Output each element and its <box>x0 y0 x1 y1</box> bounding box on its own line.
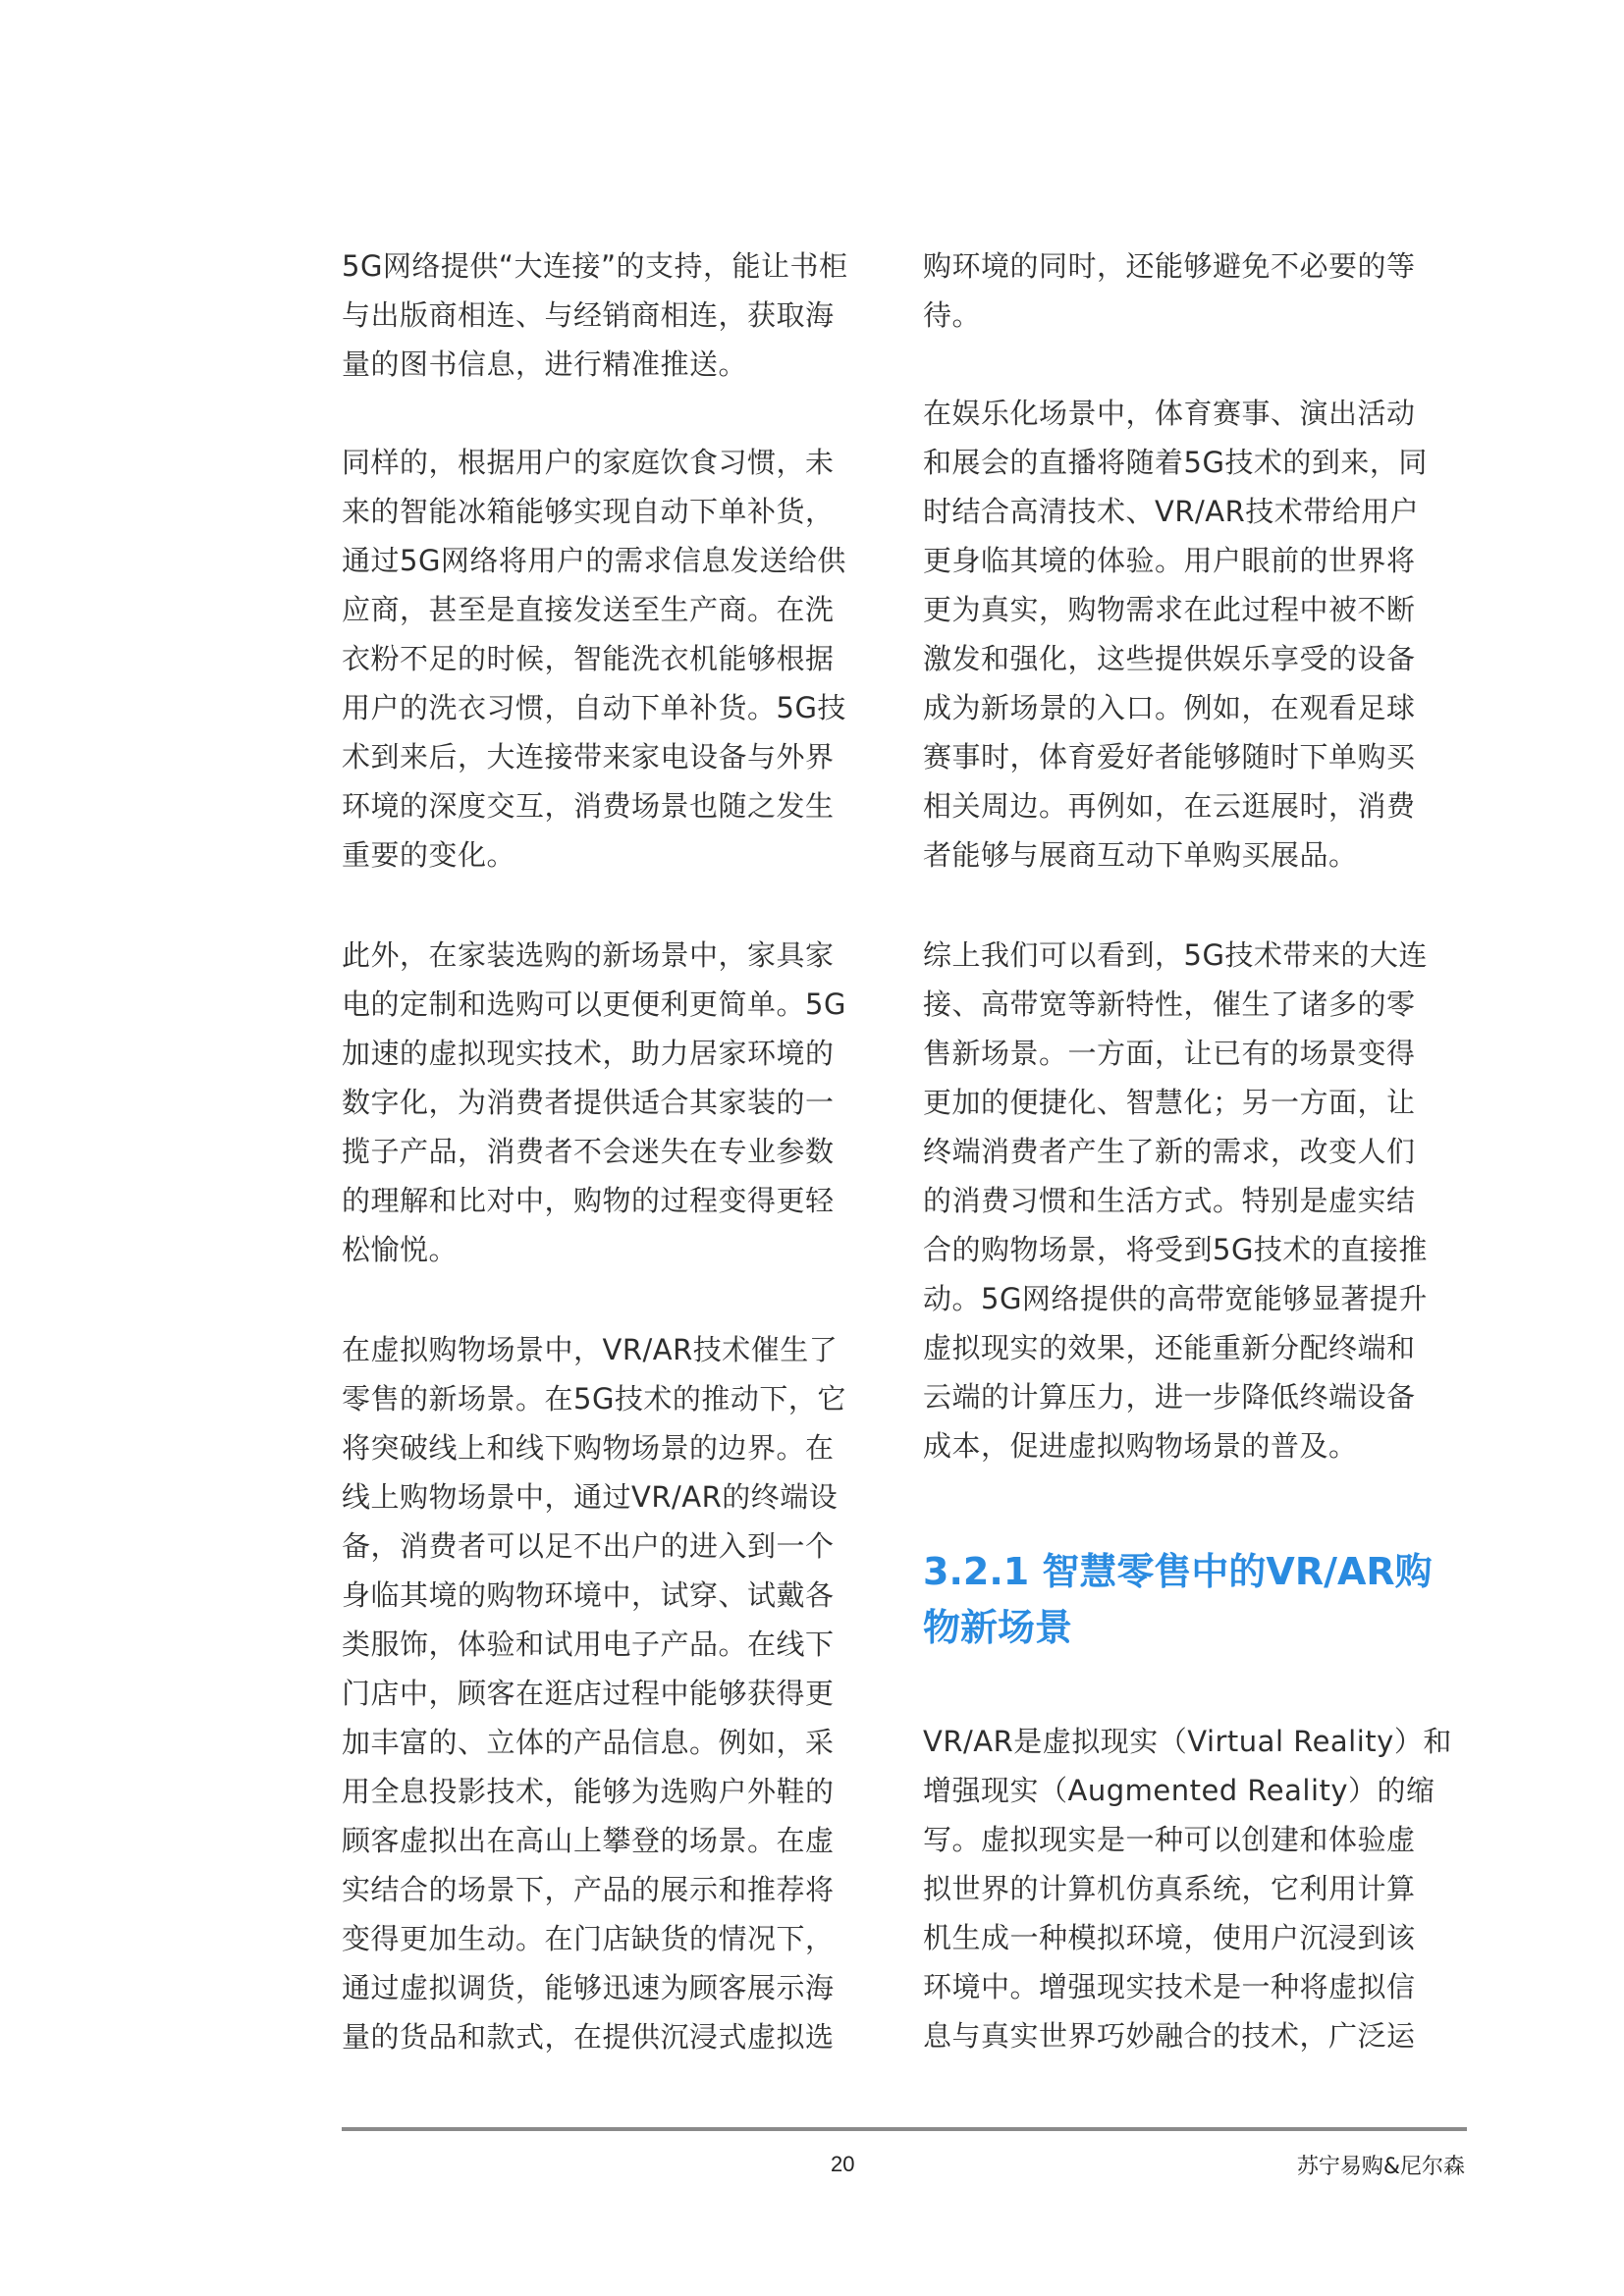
paragraph-line: 身临其境的购物环境中，试穿、试戴各 <box>342 1571 835 1620</box>
paragraph-line: 量的货品和款式，在提供沉浸式虚拟选 <box>342 2012 835 2061</box>
paragraph-line: 成本，促进虚拟购物场景的普及。 <box>923 1421 1358 1470</box>
paragraph-line: 松愉悦。 <box>342 1225 458 1274</box>
section-heading: 3.2.1 智慧零售中的VR/AR购 <box>923 1544 1433 1599</box>
paragraph-line: 息与真实世界巧妙融合的技术，广泛运 <box>923 2011 1416 2060</box>
footer-brand: 苏宁易购&尼尔森 <box>1297 2150 1465 2180</box>
paragraph-line: 同样的，根据用户的家庭饮食习惯，未 <box>342 438 835 487</box>
paragraph-line: 写。虚拟现实是一种可以创建和体验虚 <box>923 1815 1416 1864</box>
paragraph-line: 环境中。增强现实技术是一种将虚拟信 <box>923 1962 1416 2011</box>
paragraph-line: 相关周边。再例如，在云逛展时，消费 <box>923 781 1416 830</box>
paragraph-line: 成为新场景的入口。例如，在观看足球 <box>923 683 1416 732</box>
paragraph-line: 将突破线上和线下购物场景的边界。在 <box>342 1423 835 1472</box>
paragraph-line: 实结合的场景下，产品的展示和推荐将 <box>342 1865 835 1914</box>
paragraph-line: 者能够与展商互动下单购买展品。 <box>923 830 1358 880</box>
footer-divider <box>342 2127 1467 2131</box>
paragraph-line: 更加的便捷化、智慧化；另一方面，让 <box>923 1078 1416 1127</box>
paragraph-line: 拟世界的计算机仿真系统，它利用计算 <box>923 1864 1416 1913</box>
paragraph-line: 激发和强化，这些提供娱乐享受的设备 <box>923 634 1416 683</box>
paragraph-line: 零售的新场景。在5G技术的推动下，它 <box>342 1374 846 1423</box>
paragraph-line: 动。5G网络提供的高带宽能够显著提升 <box>923 1274 1428 1323</box>
paragraph-line: 来的智能冰箱能够实现自动下单补货， <box>342 487 835 536</box>
paragraph-line: 用户的洗衣习惯，自动下单补货。5G技 <box>342 683 846 732</box>
paragraph-line: 衣粉不足的时候，智能洗衣机能够根据 <box>342 634 835 683</box>
paragraph-line: 揽子产品，消费者不会迷失在专业参数 <box>342 1127 835 1176</box>
paragraph-line: 重要的变化。 <box>342 830 515 880</box>
paragraph-line: 量的图书信息，进行精准推送。 <box>342 340 747 389</box>
paragraph-line: 的理解和比对中，购物的过程变得更轻 <box>342 1176 835 1225</box>
paragraph-line: 此外，在家装选购的新场景中，家具家 <box>342 931 835 980</box>
paragraph-line: 接、高带宽等新特性，催生了诸多的零 <box>923 980 1416 1029</box>
paragraph-line: 时结合高清技术、VR/AR技术带给用户 <box>923 487 1419 536</box>
paragraph-line: 门店中，顾客在逛店过程中能够获得更 <box>342 1669 835 1718</box>
paragraph-line: 购环境的同时，还能够避免不必要的等 <box>923 241 1416 291</box>
paragraph-line: 用全息投影技术，能够为选购户外鞋的 <box>342 1767 835 1816</box>
paragraph-line: 虚拟现实的效果，还能重新分配终端和 <box>923 1323 1416 1372</box>
paragraph-line: 5G网络提供“大连接”的支持，能让书柜 <box>342 241 847 291</box>
paragraph-line: 术到来后，大连接带来家电设备与外界 <box>342 732 835 781</box>
paragraph-line: 应商，甚至是直接发送至生产商。在洗 <box>342 585 835 634</box>
paragraph-line: 更为真实，购物需求在此过程中被不断 <box>923 585 1416 634</box>
paragraph-line: 通过5G网络将用户的需求信息发送给供 <box>342 536 846 585</box>
paragraph-line: 通过虚拟调货，能够迅速为顾客展示海 <box>342 1963 835 2012</box>
paragraph-line: 综上我们可以看到，5G技术带来的大连 <box>923 931 1428 980</box>
paragraph-line: 赛事时，体育爱好者能够随时下单购买 <box>923 732 1416 781</box>
paragraph-line: VR/AR是虚拟现实（Virtual Reality）和 <box>923 1717 1452 1766</box>
paragraph-line: 顾客虚拟出在高山上攀登的场景。在虚 <box>342 1816 835 1865</box>
section-heading: 物新场景 <box>923 1600 1072 1655</box>
paragraph-line: 加速的虚拟现实技术，助力居家环境的 <box>342 1029 835 1078</box>
paragraph-line: 更身临其境的体验。用户眼前的世界将 <box>923 536 1416 585</box>
paragraph-line: 合的购物场景，将受到5G技术的直接推 <box>923 1225 1428 1274</box>
paragraph-line: 变得更加生动。在门店缺货的情况下， <box>342 1914 835 1963</box>
paragraph-line: 终端消费者产生了新的需求，改变人们 <box>923 1127 1416 1176</box>
paragraph-line: 类服饰，体验和试用电子产品。在线下 <box>342 1620 835 1669</box>
paragraph-line: 售新场景。一方面，让已有的场景变得 <box>923 1029 1416 1078</box>
paragraph-line: 备，消费者可以足不出户的进入到一个 <box>342 1522 835 1571</box>
paragraph-line: 电的定制和选购可以更便利更简单。5G <box>342 980 846 1029</box>
paragraph-line: 在娱乐化场景中，体育赛事、演出活动 <box>923 389 1416 438</box>
paragraph-line: 数字化，为消费者提供适合其家装的一 <box>342 1078 835 1127</box>
paragraph-line: 和展会的直播将随着5G技术的到来，同 <box>923 438 1428 487</box>
paragraph-line: 云端的计算压力，进一步降低终端设备 <box>923 1372 1416 1421</box>
paragraph-line: 的消费习惯和生活方式。特别是虚实结 <box>923 1176 1416 1225</box>
page-number: 20 <box>831 2152 854 2177</box>
paragraph-line: 增强现实（Augmented Reality）的缩 <box>923 1766 1435 1815</box>
paragraph-line: 环境的深度交互，消费场景也随之发生 <box>342 781 835 830</box>
paragraph-line: 与出版商相连、与经销商相连，获取海 <box>342 291 835 340</box>
paragraph-line: 在虚拟购物场景中，VR/AR技术催生了 <box>342 1325 838 1374</box>
paragraph-line: 机生成一种模拟环境，使用户沉浸到该 <box>923 1913 1416 1962</box>
paragraph-line: 加丰富的、立体的产品信息。例如，采 <box>342 1718 835 1767</box>
paragraph-line: 待。 <box>923 291 981 340</box>
paragraph-line: 线上购物场景中，通过VR/AR的终端设 <box>342 1472 838 1522</box>
